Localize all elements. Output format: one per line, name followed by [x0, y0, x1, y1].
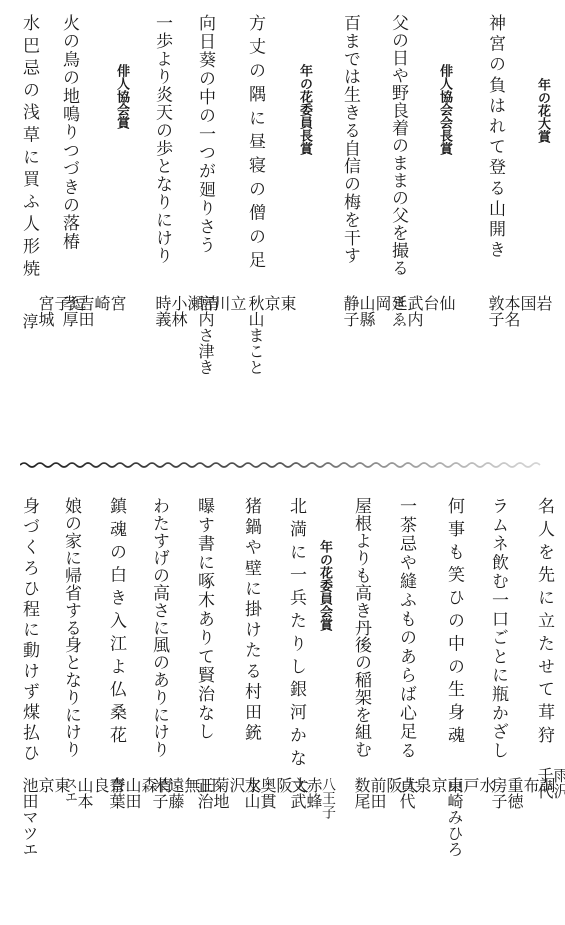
author-given-name: 淳: [21, 313, 37, 347]
haiku-text: 一歩より炎天の歩となりにけり: [153, 14, 170, 265]
author-place: 大: [401, 777, 417, 811]
author-place: 京: [430, 777, 446, 817]
author-place: 瀬: [186, 295, 202, 329]
author-surname: 小林: [170, 295, 186, 327]
haiku-text: 一茶忌や縫ふものあらば心足る: [397, 497, 414, 760]
author-surname: 山田: [124, 777, 140, 809]
author-place: 阪: [275, 777, 291, 811]
haiku-text: 神宮の負はれて登る山開き: [486, 14, 503, 261]
author-given-name: 静子: [342, 295, 358, 347]
author-place: 岩: [535, 295, 551, 329]
award-heading-president-prize: 俳人協会会長賞: [438, 64, 451, 155]
haiku-text: 方丈の隅に昼寝の僧の足: [246, 14, 263, 275]
author-place: 奈: [108, 777, 124, 811]
haiku-text: 娘の家に帰省する身となりにけり: [62, 497, 79, 758]
author-place: 東: [53, 777, 69, 839]
author-place: 大: [291, 777, 307, 811]
haiku-author: 調 布 重徳 房子: [490, 777, 554, 829]
haiku-text: 百までは生きる自信の梅を干す: [341, 14, 358, 265]
haiku-text: 向日葵の中の一つが廻りさう: [196, 14, 213, 255]
author-surname: 宮城: [37, 295, 53, 327]
haiku-text: 身づくろひ程に動けず煤払ひ: [20, 497, 37, 765]
haiku-author: 奈 良 山本 スエ: [63, 777, 124, 829]
author-place: 東: [279, 295, 295, 357]
haiku-author: 岩 国 本名 敦子: [487, 295, 551, 347]
haiku-text: 名人を先に立たせて茸狩: [535, 497, 552, 749]
author-place: 逗: [69, 295, 85, 329]
author-name: 池田マツエ: [21, 777, 37, 857]
author-surname: 前田: [369, 777, 385, 809]
author-place: 国: [519, 295, 535, 329]
haiku-text: 鎮魂の白き入江よ仏桑花: [107, 497, 124, 749]
author-place: 延: [390, 295, 406, 329]
haiku-author: 東 京 池田マツエ: [21, 777, 69, 857]
haiku-author: 逗 子 宮城 淳: [21, 295, 85, 347]
author-place: 田: [199, 777, 215, 811]
author-given-name: 時義: [154, 295, 170, 347]
haiku-author: 東 京 秋山まこと: [247, 295, 295, 375]
author-place: 崎: [93, 295, 109, 329]
author-surname: 武内: [406, 295, 422, 327]
author-place: 立: [229, 295, 245, 357]
haiku-text: 火の鳥の地鳴りつづきの落椿: [60, 14, 77, 251]
haiku-text: 水巴忌の浅草に買ふ人形焼: [20, 14, 37, 282]
author-place: 台: [422, 295, 438, 329]
haiku-author: 清 瀬 小林 時義: [154, 295, 218, 347]
haiku-author: 大 阪 前田 数尾: [353, 777, 417, 829]
author-surname: 山縣: [358, 295, 374, 327]
author-place: 水: [478, 777, 494, 839]
award-heading-committee-chair-prize: 年の花委員長賞: [298, 64, 311, 155]
author-place: 無: [183, 777, 199, 811]
author-place: 子: [53, 295, 69, 329]
award-heading-committee-prize: 年の花委員会賞: [318, 540, 331, 631]
author-place: 岡: [374, 295, 390, 329]
author-place: 調: [538, 777, 554, 811]
author-place: 青: [156, 777, 172, 811]
author-surname: 山本: [76, 777, 92, 809]
wavy-divider: [20, 458, 548, 472]
author-place: 清: [202, 295, 218, 329]
author-place: 阪: [385, 777, 401, 811]
author-place: 東: [446, 777, 462, 817]
haiku-text: わたすげの高さに風のありにけり: [150, 497, 167, 758]
author-place: 京: [263, 295, 279, 357]
award-heading-association-prize: 俳人協会賞: [115, 64, 128, 129]
author-place: 水: [244, 777, 260, 811]
author-given-name: 敦子: [487, 295, 503, 347]
author-place: 戸: [462, 777, 478, 839]
author-place: 宮: [109, 295, 125, 329]
author-surname: 重徳: [506, 777, 522, 809]
haiku-text: 何事も笑ひの中の生身魂: [445, 497, 462, 749]
author-place: 京: [37, 777, 53, 839]
award-heading-grand-prize: 年の花大賞: [536, 78, 549, 143]
author-place: 森: [140, 777, 156, 811]
author-surname: 本名: [503, 295, 519, 327]
author-place: 良: [92, 777, 108, 811]
haiku-text: ラムネ飲む一口ごとに瓶かざし: [489, 497, 506, 760]
haiku-text: 屋根よりも高き丹後の稲架を組む: [352, 497, 369, 758]
author-place: 仙: [438, 295, 454, 329]
author-given-name: 数尾: [353, 777, 369, 829]
haiku-author: 延 岡 山縣 静子: [342, 295, 406, 347]
author-name: 秋山まこと: [247, 295, 263, 375]
haiku-text: 父の日や野良着のままの父を撮る: [389, 14, 406, 277]
haiku-text: 北満に一兵たりし銀河かな: [287, 497, 304, 772]
author-place: 沢: [228, 777, 244, 811]
author-place: 八王子: [321, 777, 335, 819]
author-place: 布: [522, 777, 538, 811]
haiku-text: 猪鍋や壁に掛けたる村田銃: [242, 497, 259, 744]
haiku-text: 曝す書に啄木ありて賢治なし: [195, 497, 212, 741]
